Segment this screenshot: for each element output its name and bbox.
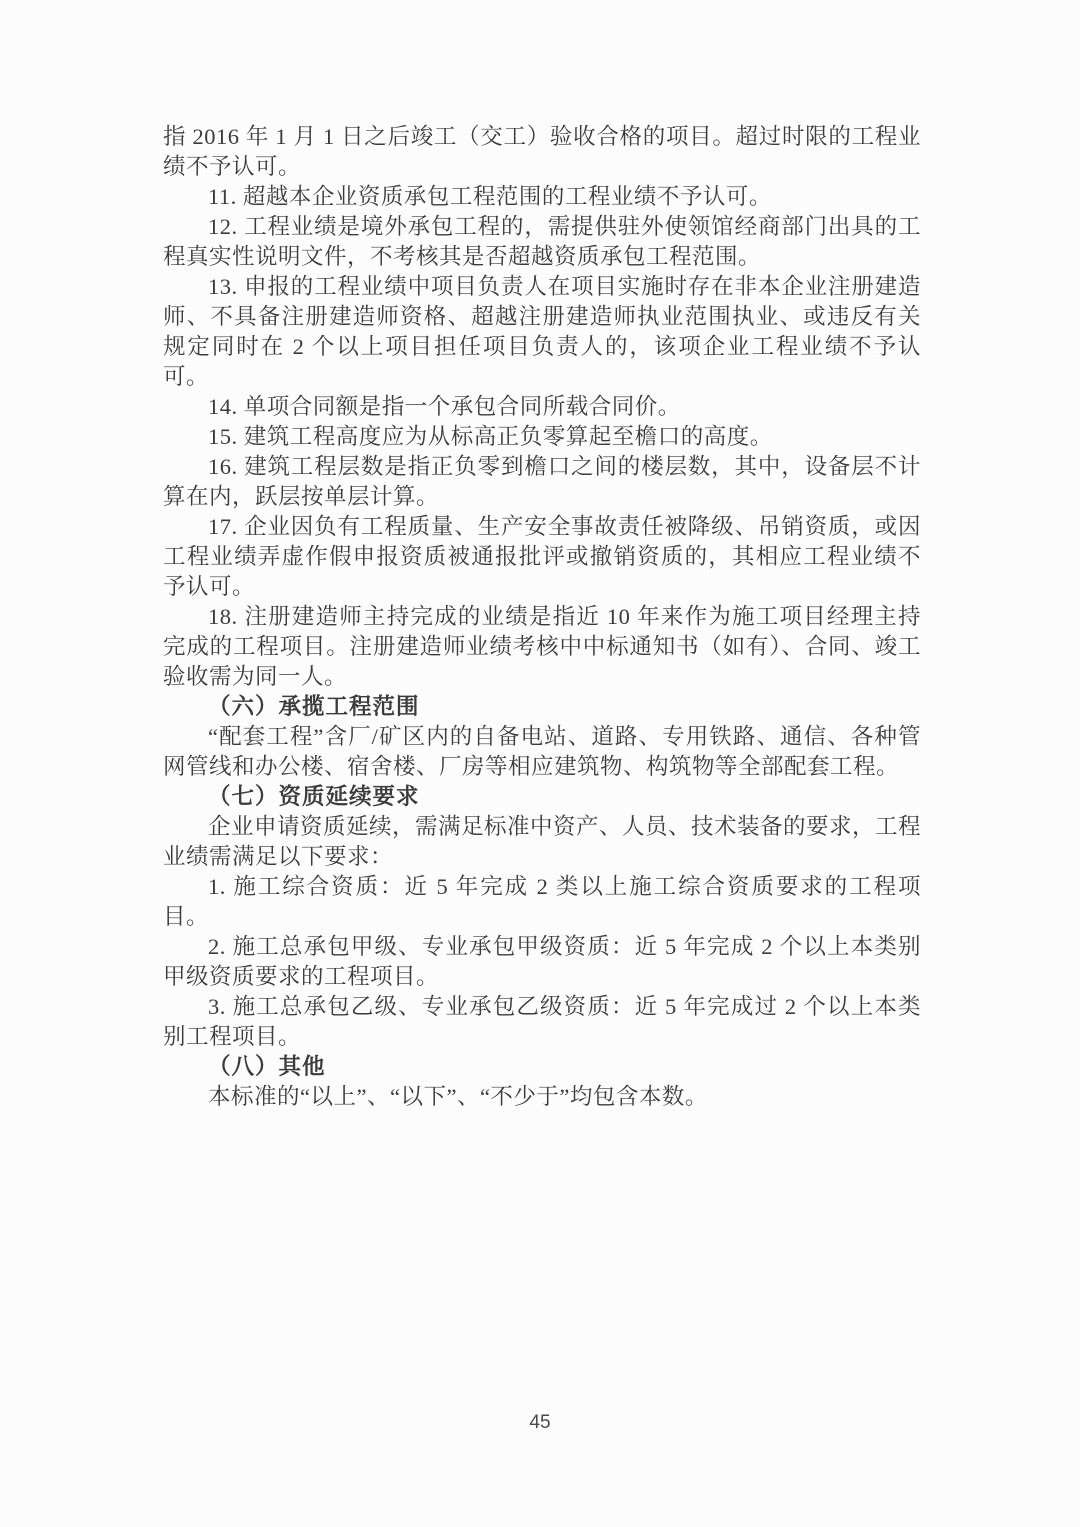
- section-heading: （七）资质延续要求: [163, 782, 921, 812]
- paragraph: 1. 施工综合资质：近 5 年完成 2 类以上施工综合资质要求的工程项目。: [163, 872, 921, 932]
- page-number: 45: [0, 1412, 1080, 1434]
- paragraph: “配套工程”含厂/矿区内的自备电站、道路、专用铁路、通信、各种管网管线和办公楼、…: [163, 722, 921, 782]
- paragraph: 15. 建筑工程高度应为从标高正负零算起至檐口的高度。: [163, 422, 921, 452]
- document-body: 指 2016 年 1 月 1 日之后竣工（交工）验收合格的项目。超过时限的工程业…: [163, 122, 921, 1112]
- document-page: 指 2016 年 1 月 1 日之后竣工（交工）验收合格的项目。超过时限的工程业…: [0, 0, 1080, 1527]
- paragraph: 本标准的“以上”、“以下”、“不少于”均包含本数。: [163, 1082, 921, 1112]
- paragraph: 企业申请资质延续，需满足标准中资产、人员、技术装备的要求，工程业绩需满足以下要求…: [163, 812, 921, 872]
- paragraph: 3. 施工总承包乙级、专业承包乙级资质：近 5 年完成过 2 个以上本类别工程项…: [163, 992, 921, 1052]
- paragraph: 11. 超越本企业资质承包工程范围的工程业绩不予认可。: [163, 182, 921, 212]
- paragraph: 14. 单项合同额是指一个承包合同所载合同价。: [163, 392, 921, 422]
- paragraph: 17. 企业因负有工程质量、生产安全事故责任被降级、吊销资质，或因工程业绩弄虚作…: [163, 512, 921, 602]
- paragraph: 16. 建筑工程层数是指正负零到檐口之间的楼层数，其中，设备层不计算在内，跃层按…: [163, 452, 921, 512]
- section-heading: （八）其他: [163, 1052, 921, 1082]
- paragraph: 18. 注册建造师主持完成的业绩是指近 10 年来作为施工项目经理主持完成的工程…: [163, 602, 921, 692]
- section-heading: （六）承揽工程范围: [163, 692, 921, 722]
- paragraph: 2. 施工总承包甲级、专业承包甲级资质：近 5 年完成 2 个以上本类别甲级资质…: [163, 932, 921, 992]
- paragraph: 指 2016 年 1 月 1 日之后竣工（交工）验收合格的项目。超过时限的工程业…: [163, 122, 921, 182]
- paragraph: 13. 申报的工程业绩中项目负责人在项目实施时存在非本企业注册建造师、不具备注册…: [163, 272, 921, 392]
- paragraph: 12. 工程业绩是境外承包工程的，需提供驻外使领馆经商部门出具的工程真实性说明文…: [163, 212, 921, 272]
